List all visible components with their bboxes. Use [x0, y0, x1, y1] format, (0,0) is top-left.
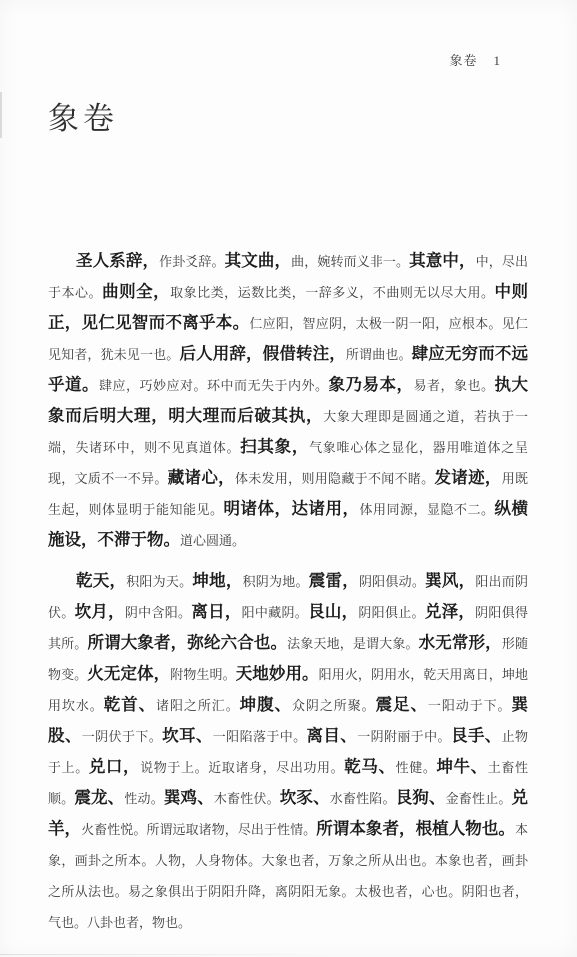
main-text-segment: 坎耳、: [162, 727, 213, 745]
main-text-segment: 藏诸心，: [168, 469, 235, 487]
main-text-segment: 明诸体，达诸用，: [224, 500, 360, 518]
main-text-segment: 震龙、: [74, 789, 124, 807]
commentary-segment: 积阳为天。: [126, 574, 192, 589]
page-number: 1: [494, 53, 501, 68]
commentary-segment: 体用同源，显隐不二。: [360, 502, 495, 517]
paragraph-2: 乾天，积阳为天。坤地，积阴为地。震雷，阴阳俱动。巽风，阳出而阴伏。坎月，阴中含阳…: [48, 566, 528, 938]
main-text-segment: 艮山，: [308, 603, 358, 621]
main-text-segment: 其文曲，: [225, 252, 291, 270]
commentary-segment: 诸阳之所汇。: [156, 698, 240, 713]
commentary-segment: 积阴为地。: [243, 574, 309, 589]
commentary-segment: 阳中藏阴。: [242, 605, 308, 620]
main-text-segment: 兑口，: [89, 758, 140, 776]
commentary-segment: 阴阳俱止。: [358, 605, 424, 620]
commentary-segment: 道心圆通。: [180, 533, 245, 548]
main-text-segment: 艮手、: [451, 727, 502, 745]
main-text-segment: 震足、: [376, 696, 428, 714]
main-text-segment: 扫其象，: [240, 438, 309, 456]
main-text-segment: 离目、: [307, 727, 358, 745]
running-header-title: 象卷: [449, 53, 477, 68]
main-text-segment: 坎月，: [75, 603, 125, 621]
commentary-segment: 水畜性陷。: [330, 791, 396, 806]
main-text-segment: 水无常形，: [419, 634, 502, 652]
main-text-segment: 天地妙用。: [236, 665, 319, 683]
scan-edge-artifact: [0, 92, 2, 138]
commentary-segment: 作卦爻辞。: [159, 254, 225, 269]
commentary-segment: 一阴附丽于中。: [357, 729, 451, 744]
main-text-segment: 艮狗、: [396, 789, 446, 807]
main-text-segment: 乾马、: [344, 758, 395, 776]
main-text-segment: 所谓本象者，根植人物也。: [316, 820, 515, 838]
book-page: 象卷1 象卷 圣人系辞，作卦爻辞。其文曲，曲，婉转而义非一。其意中，中，尽出于本…: [0, 0, 577, 957]
main-text-segment: 圣人系辞，: [76, 252, 159, 270]
main-text-segment: 所谓大象者，弥纶六合也。: [87, 634, 287, 652]
main-text-segment: 发诸迹，: [434, 469, 501, 487]
main-text-segment: 坎豕、: [280, 789, 330, 807]
commentary-segment: 肆应，巧妙应对。环中而无失于内外。: [99, 378, 328, 393]
commentary-segment: 曲，婉转而义非一。: [291, 254, 409, 269]
main-text-segment: 其意中，: [409, 252, 475, 270]
paragraph-1: 圣人系辞，作卦爻辞。其文曲，曲，婉转而义非一。其意中，中，尽出于本心。曲则全，取…: [48, 246, 528, 556]
main-text-segment: 坤地，: [192, 572, 242, 590]
main-text-segment: 震雷，: [309, 572, 359, 590]
main-text-segment: 火无定体，: [87, 665, 170, 683]
commentary-segment: 火畜性悦。所谓远取诸物，尽出于性情。: [81, 822, 316, 837]
commentary-segment: 体未发用，则用隐藏于不闻不睹。: [235, 471, 435, 486]
commentary-segment: 一阳陷落于中。: [213, 729, 307, 744]
body-text: 圣人系辞，作卦爻辞。其文曲，曲，婉转而义非一。其意中，中，尽出于本心。曲则全，取…: [48, 246, 528, 938]
commentary-segment: 法象天地，是谓大象。: [287, 636, 418, 651]
commentary-segment: 易者，象也。: [413, 378, 494, 393]
page-title: 象卷: [48, 93, 118, 138]
main-text-segment: 象乃易本，: [328, 376, 413, 394]
main-text-segment: 巽鸡、: [164, 789, 214, 807]
commentary-segment: 金畜性止。: [446, 791, 512, 806]
running-header: 象卷1: [449, 50, 500, 69]
commentary-segment: 众阴之所聚。: [292, 698, 376, 713]
commentary-segment: 一阳动于下。: [428, 698, 512, 713]
main-text-segment: 巽风，: [425, 572, 475, 590]
main-text-segment: 乾天，: [76, 572, 126, 590]
commentary-segment: 说物于上。近取诸身，尽出功用。: [140, 760, 344, 775]
main-text-segment: 曲则全，: [102, 283, 170, 301]
main-text-segment: 离日，: [191, 603, 241, 621]
main-text-segment: 坤牛、: [436, 758, 487, 776]
main-text-segment: 坤腹、: [240, 696, 292, 714]
main-text-segment: 乾首、: [104, 696, 156, 714]
commentary-segment: 取象比类，运数比类，一辞多义，不曲则无以尽大用。: [170, 285, 494, 300]
commentary-segment: 木畜性伏。: [214, 791, 280, 806]
commentary-segment: 性动。: [124, 791, 164, 806]
commentary-segment: 一阴伏于下。: [82, 729, 162, 744]
commentary-segment: 阴阳俱动。: [359, 574, 425, 589]
commentary-segment: 附物生明。: [170, 667, 235, 682]
commentary-segment: 本象，画卦之所本。人物，人身物体。大象也者，万象之所从出也。本象也者，画卦之所从…: [48, 822, 528, 930]
commentary-segment: 阴中含阳。: [125, 605, 191, 620]
commentary-segment: 所谓曲也。: [346, 347, 412, 362]
main-text-segment: 后人用辞，假借转注，: [179, 345, 345, 363]
scan-edge-shadow: [0, 954, 577, 955]
commentary-segment: 性健。: [396, 760, 437, 775]
main-text-segment: 兑泽，: [425, 603, 475, 621]
